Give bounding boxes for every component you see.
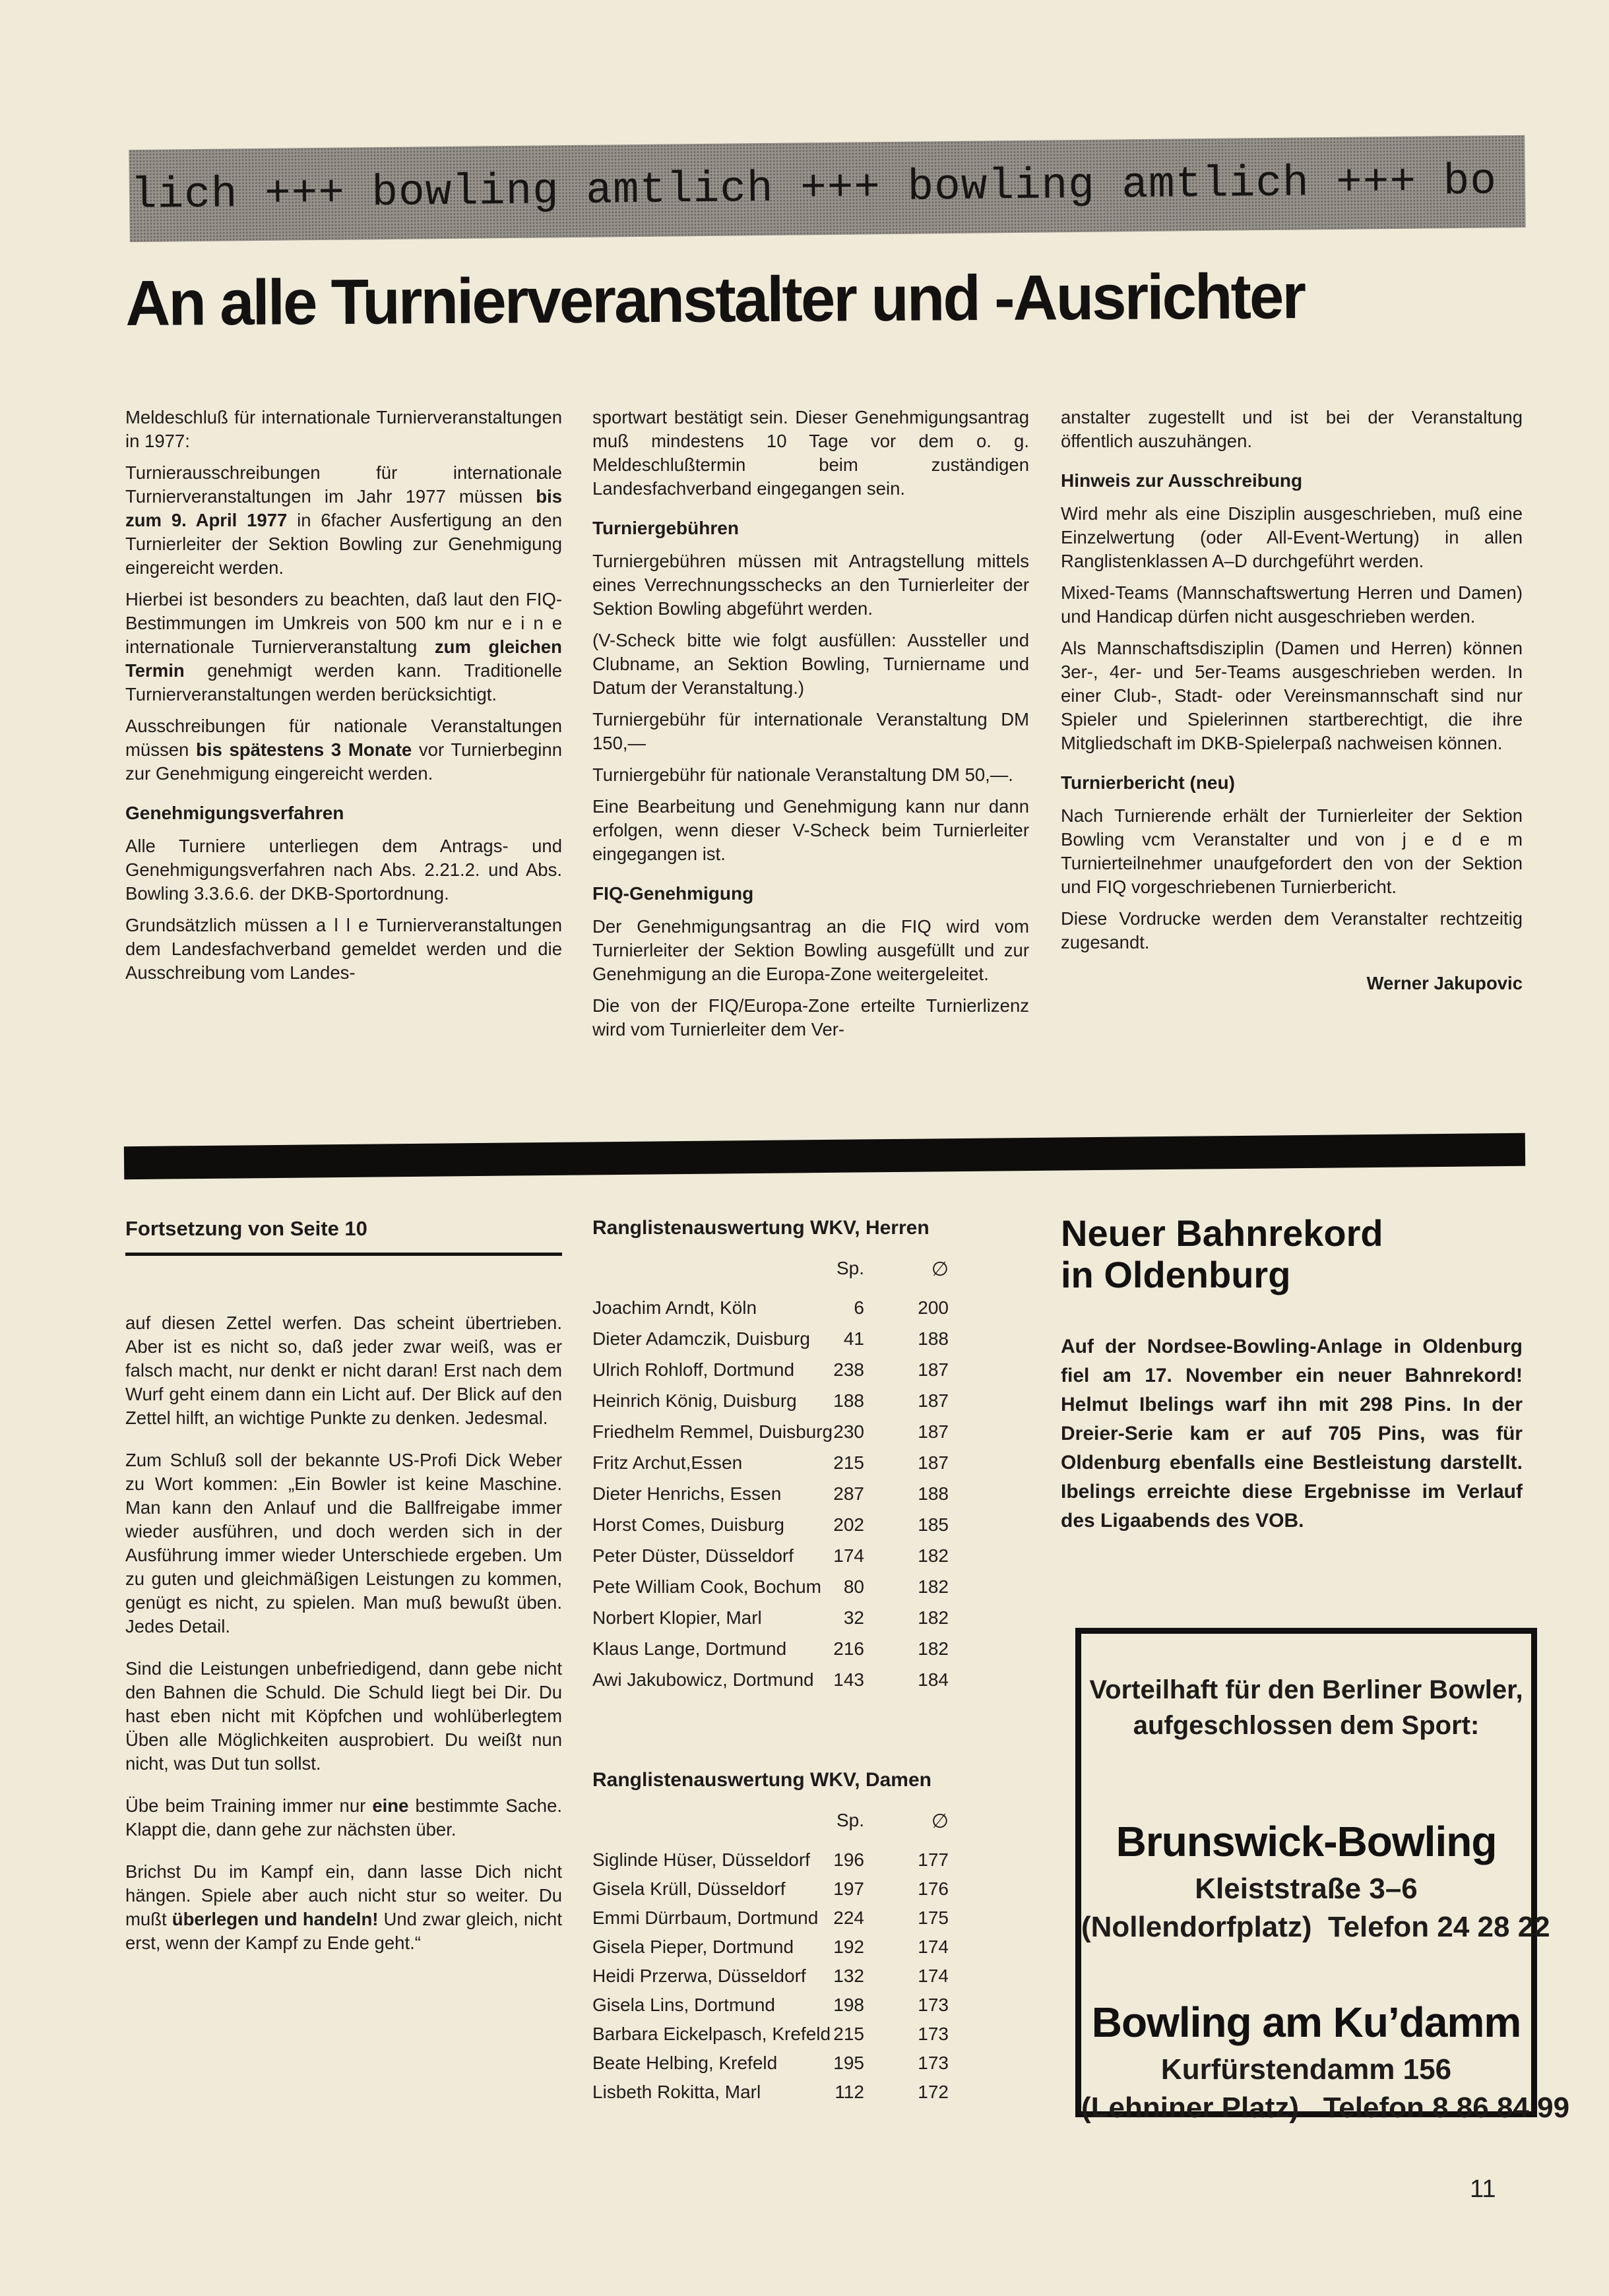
row-player-name: Peter Düster, Düsseldorf	[592, 1545, 794, 1567]
section-heading: Turnierbericht (neu)	[1061, 771, 1523, 795]
row-average: 182	[883, 1638, 949, 1660]
paragraph: sportwart bestätigt sein. Dieser Genehmi…	[592, 406, 1029, 501]
paragraph: Grundsätzlich müssen a l l e Turniervera…	[125, 914, 562, 985]
table-row: Beate Helbing, Krefeld195173	[592, 2053, 949, 2082]
row-average: 185	[883, 1514, 949, 1536]
row-games-count: 202	[785, 1514, 864, 1536]
article-top-column-1: Meldeschluß für internationale Turnierve…	[125, 406, 562, 1139]
paragraph: Turnierausschreibungen für international…	[125, 461, 562, 580]
table-row: Lisbeth Rokitta, Marl112172	[592, 2082, 949, 2111]
page-number: 11	[1470, 2175, 1496, 2204]
row-average: 182	[883, 1607, 949, 1629]
section-heading: Genehmigungsverfahren	[125, 801, 562, 825]
continuation-body: auf diesen Zettel werfen. Das scheint üb…	[125, 1311, 562, 1955]
row-average: 173	[883, 2053, 949, 2074]
paragraph: Turniergebühr für nationale Veranstaltun…	[592, 763, 1029, 787]
row-games-count: 112	[785, 2082, 864, 2103]
row-games-count: 192	[785, 1937, 864, 1958]
byline: Werner Jakupovic	[1061, 972, 1523, 995]
article-top-column-2: sportwart bestätigt sein. Dieser Genehmi…	[592, 406, 1029, 1139]
ranking-title-herren: Ranglistenauswertung WKV, Herren	[592, 1217, 949, 1239]
paragraph: Übe beim Training immer nur eine bestimm…	[125, 1794, 562, 1842]
row-games-count: 198	[785, 1995, 864, 2016]
table-row: Siglinde Hüser, Düsseldorf196177	[592, 1849, 949, 1878]
table-row: Emmi Dürrbaum, Dortmund224175	[592, 1908, 949, 1937]
row-player-name: Dieter Adamczik, Duisburg	[592, 1328, 810, 1350]
paragraph: Diese Vordrucke werden dem Veranstalter …	[1061, 907, 1523, 954]
row-games-count: 143	[785, 1669, 864, 1691]
row-games-count: 216	[785, 1638, 864, 1660]
table-row: Dieter Adamczik, Duisburg41188	[592, 1328, 949, 1359]
table-row: Klaus Lange, Dortmund216182	[592, 1638, 949, 1669]
table-row: Gisela Lins, Dortmund198173	[592, 1995, 949, 2024]
page-title: An alle Turnierveranstalter und -Ausrich…	[125, 258, 1489, 340]
table-row: Heinrich König, Duisburg188187	[592, 1390, 949, 1421]
paragraph: Sind die Leistungen unbefriedigend, dann…	[125, 1657, 562, 1776]
table-header-row: Sp. ∅	[592, 1258, 949, 1288]
ranking-rows-herren: Joachim Arndt, Köln6200Dieter Adamczik, …	[592, 1297, 949, 1700]
row-average: 182	[883, 1576, 949, 1598]
row-player-name: Gisela Pieper, Dortmund	[592, 1937, 794, 1958]
paragraph: Als Mannschaftsdisziplin (Damen und Herr…	[1061, 636, 1523, 755]
row-games-count: 132	[785, 1966, 864, 1987]
venue1-info: (Nollendorfplatz) Telefon 24 28 22	[1081, 1911, 1531, 1944]
table-header-avg-icon: ∅	[883, 1258, 949, 1281]
row-games-count: 188	[785, 1390, 864, 1412]
section-heading: Hinweis zur Ausschreibung	[1061, 469, 1523, 493]
magazine-page: lich +++ bowling amtlich +++ bowling amt…	[0, 0, 1609, 2296]
row-games-count: 80	[785, 1576, 864, 1598]
paragraph: Wird mehr als eine Disziplin ausgeschrie…	[1061, 502, 1523, 573]
table-row: Friedhelm Remmel, Duisburg230187	[592, 1421, 949, 1452]
row-player-name: Klaus Lange, Dortmund	[592, 1638, 786, 1660]
row-player-name: Heidi Przerwa, Düsseldorf	[592, 1966, 806, 1987]
row-games-count: 32	[785, 1607, 864, 1629]
row-games-count: 287	[785, 1483, 864, 1505]
paragraph: Der Genehmigungsantrag an die FIQ wird v…	[592, 915, 1029, 986]
venue2-name: Bowling am Ku’damm	[1081, 1998, 1531, 2047]
section-heading: Turniergebühren	[592, 516, 1029, 540]
row-average: 177	[883, 1849, 949, 1871]
paragraph: Hierbei ist besonders zu beachten, daß l…	[125, 588, 562, 706]
table-header-avg-icon: ∅	[883, 1810, 949, 1833]
table-header-row: Sp. ∅	[592, 1810, 949, 1840]
paragraph: Alle Turniere unterliegen dem Antrags- u…	[125, 834, 562, 906]
venue1-street: Kleiststraße 3–6	[1081, 1873, 1531, 1906]
row-player-name: Emmi Dürrbaum, Dortmund	[592, 1908, 818, 1929]
ranking-title-damen: Ranglistenauswertung WKV, Damen	[592, 1769, 949, 1791]
venue2-street: Kurfürstendamm 156	[1081, 2053, 1531, 2086]
table-row: Peter Düster, Düsseldorf174182	[592, 1545, 949, 1576]
row-average: 187	[883, 1359, 949, 1381]
ad-box-berlin-bowling: Vorteilhaft für den Berliner Bowler, auf…	[1075, 1628, 1537, 2117]
row-player-name: Awi Jakubowicz, Dortmund	[592, 1669, 814, 1691]
row-player-name: Norbert Klopier, Marl	[592, 1607, 762, 1629]
paragraph: auf diesen Zettel werfen. Das scheint üb…	[125, 1311, 562, 1430]
venue1-name: Brunswick-Bowling	[1081, 1817, 1531, 1866]
row-games-count: 215	[785, 2024, 864, 2045]
row-average: 172	[883, 2082, 949, 2103]
row-average: 173	[883, 1995, 949, 2016]
row-player-name: Fritz Archut,Essen	[592, 1452, 742, 1474]
table-row: Gisela Krüll, Düsseldorf197176	[592, 1878, 949, 1908]
ad-intro-text: Vorteilhaft für den Berliner Bowler, auf…	[1081, 1672, 1531, 1743]
paragraph: Die von der FIQ/Europa-Zone erteilte Tur…	[592, 994, 1029, 1041]
section-divider-bar	[124, 1133, 1525, 1179]
row-games-count: 224	[785, 1908, 864, 1929]
row-games-count: 238	[785, 1359, 864, 1381]
row-games-count: 197	[785, 1878, 864, 1900]
paragraph: Nach Turnierende erhält der Turnierleite…	[1061, 804, 1523, 899]
table-row: Gisela Pieper, Dortmund192174	[592, 1937, 949, 1966]
paragraph: Auf der Nordsee-Bowling-Anlage in Oldenb…	[1061, 1332, 1523, 1536]
table-row: Heidi Przerwa, Düsseldorf132174	[592, 1966, 949, 1995]
article-top-column-3: anstalter zugestellt und ist bei der Ver…	[1061, 406, 1523, 1139]
row-average: 188	[883, 1328, 949, 1350]
ad-venue-kudamm: Bowling am Ku’damm Kurfürstendamm 156 (L…	[1081, 1998, 1531, 2125]
row-average: 174	[883, 1966, 949, 1987]
table-row: Dieter Henrichs, Essen287188	[592, 1483, 949, 1514]
section-heading: FIQ-Genehmigung	[592, 882, 1029, 906]
paragraph: Brichst Du im Kampf ein, dann lasse Dich…	[125, 1860, 562, 1955]
ranking-rows-damen: Siglinde Hüser, Düsseldorf196177Gisela K…	[592, 1849, 949, 2111]
row-games-count: 41	[785, 1328, 864, 1350]
row-games-count: 174	[785, 1545, 864, 1567]
row-player-name: Siglinde Hüser, Düsseldorf	[592, 1849, 810, 1871]
table-gap	[592, 1700, 988, 1769]
row-games-count: 230	[785, 1421, 864, 1443]
table-header-sp: Sp.	[785, 1258, 864, 1279]
row-player-name: Joachim Arndt, Köln	[592, 1297, 757, 1319]
paragraph: Meldeschluß für internationale Turnierve…	[125, 406, 562, 453]
table-row: Pete William Cook, Bochum80182	[592, 1576, 949, 1607]
row-average: 174	[883, 1937, 949, 1958]
ranking-table-damen: Ranglistenauswertung WKV, Damen Sp. ∅ Si…	[592, 1769, 949, 2111]
paragraph: Turniergebühr für internationale Veranst…	[592, 708, 1029, 755]
paragraph: Eine Bearbeitung und Genehmigung kann nu…	[592, 795, 1029, 866]
row-player-name: Gisela Krüll, Düsseldorf	[592, 1878, 786, 1900]
paragraph: Turniergebühren müssen mit Antragstellun…	[592, 549, 1029, 621]
row-player-name: Lisbeth Rokitta, Marl	[592, 2082, 761, 2103]
continuation-heading: Fortsetzung von Seite 10	[125, 1217, 562, 1241]
row-player-name: Heinrich König, Duisburg	[592, 1390, 797, 1412]
row-average: 175	[883, 1908, 949, 1929]
paragraph: Ausschreibungen für nationale Veranstalt…	[125, 714, 562, 786]
table-row: Barbara Eickelpasch, Krefeld215173	[592, 2024, 949, 2053]
row-games-count: 215	[785, 1452, 864, 1474]
row-player-name: Beate Helbing, Krefeld	[592, 2053, 777, 2074]
row-average: 173	[883, 2024, 949, 2045]
row-games-count: 6	[785, 1297, 864, 1319]
row-player-name: Gisela Lins, Dortmund	[592, 1995, 775, 2016]
table-row: Horst Comes, Duisburg202185	[592, 1514, 949, 1545]
table-header-sp: Sp.	[785, 1810, 864, 1831]
ranking-section: Ranglistenauswertung WKV, Herren Sp. ∅ J…	[592, 1217, 988, 2111]
record-body: Auf der Nordsee-Bowling-Anlage in Oldenb…	[1061, 1332, 1523, 1536]
row-average: 176	[883, 1878, 949, 1900]
row-games-count: 196	[785, 1849, 864, 1871]
row-player-name: Horst Comes, Duisburg	[592, 1514, 784, 1536]
row-player-name: Dieter Henrichs, Essen	[592, 1483, 781, 1505]
table-row: Joachim Arndt, Köln6200	[592, 1297, 949, 1328]
venue2-info: (Lehniner Platz) Telefon 8 86 84 99	[1081, 2092, 1531, 2125]
row-average: 188	[883, 1483, 949, 1505]
table-row: Ulrich Rohloff, Dortmund238187	[592, 1359, 949, 1390]
row-average: 200	[883, 1297, 949, 1319]
table-row: Awi Jakubowicz, Dortmund143184	[592, 1669, 949, 1700]
ranking-table-herren: Ranglistenauswertung WKV, Herren Sp. ∅ J…	[592, 1217, 949, 1700]
continuation-column: Fortsetzung von Seite 10 auf diesen Zett…	[125, 1217, 562, 1973]
table-row: Norbert Klopier, Marl32182	[592, 1607, 949, 1638]
paragraph: (V-Scheck bitte wie folgt ausfüllen: Aus…	[592, 629, 1029, 700]
row-average: 187	[883, 1421, 949, 1443]
banner-text: lich +++ bowling amtlich +++ bowling amt…	[129, 135, 1497, 242]
paragraph: Mixed-Teams (Mannschaftswertung Herren u…	[1061, 581, 1523, 629]
banner-ticker: lich +++ bowling amtlich +++ bowling amt…	[129, 135, 1525, 242]
row-player-name: Ulrich Rohloff, Dortmund	[592, 1359, 794, 1381]
table-row: Fritz Archut,Essen215187	[592, 1452, 949, 1483]
paragraph: anstalter zugestellt und ist bei der Ver…	[1061, 406, 1523, 453]
ad-venue-brunswick: Brunswick-Bowling Kleiststraße 3–6 (Noll…	[1081, 1817, 1531, 1944]
record-article: Neuer Bahnrekord in Oldenburg Auf der No…	[1061, 1212, 1523, 1536]
row-average: 184	[883, 1669, 949, 1691]
paragraph: Zum Schluß soll der bekannte US-Profi Di…	[125, 1448, 562, 1638]
row-average: 187	[883, 1452, 949, 1474]
record-title: Neuer Bahnrekord in Oldenburg	[1061, 1212, 1523, 1295]
row-average: 182	[883, 1545, 949, 1567]
continuation-rule	[125, 1253, 562, 1256]
row-games-count: 195	[785, 2053, 864, 2074]
row-average: 187	[883, 1390, 949, 1412]
